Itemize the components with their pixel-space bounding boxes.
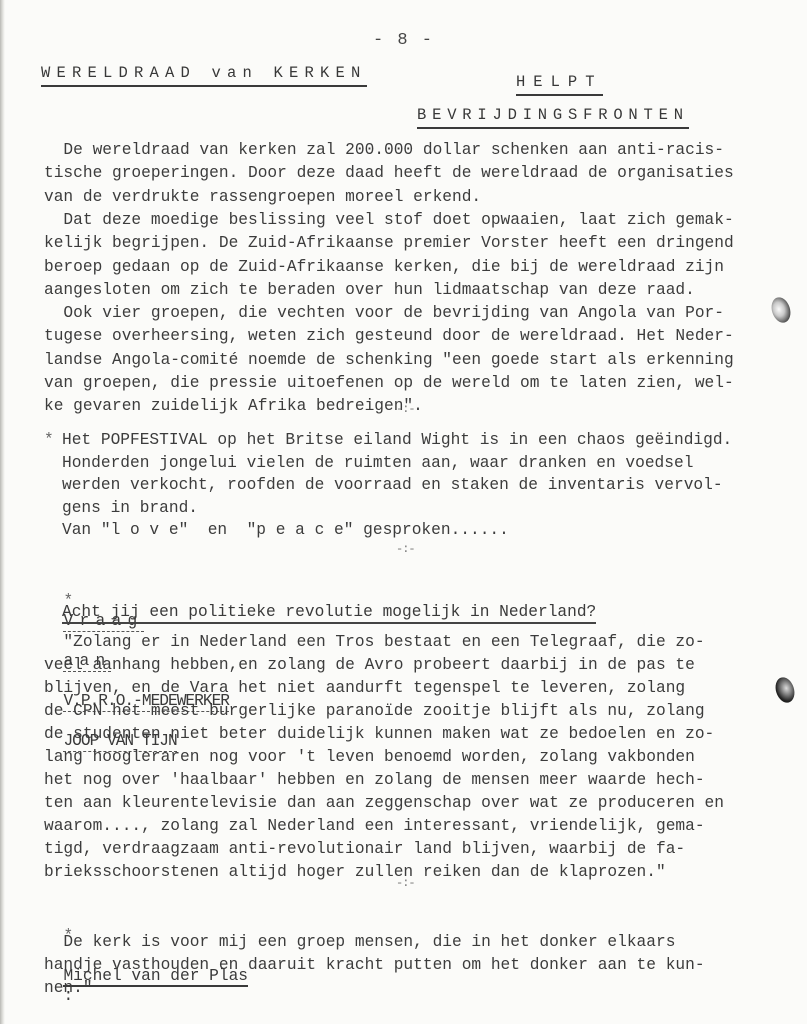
text-line: waarom...., zolang zal Nederland een int… bbox=[44, 816, 705, 836]
text-line: kelijk begrijpen. De Zuid-Afrikaanse pre… bbox=[44, 233, 734, 253]
headline-left: WERELDRAAD van KERKEN bbox=[41, 64, 367, 87]
punch-hole bbox=[768, 295, 793, 325]
text-line: landse Angola-comité noemde de schenking… bbox=[44, 350, 734, 370]
text-line: De wereldraad van kerken zal 200.000 dol… bbox=[44, 140, 724, 160]
scan-edge bbox=[0, 0, 5, 1024]
interview-question: Acht jij een politieke revolutie mogelij… bbox=[62, 602, 596, 624]
text-line: tische groeperingen. Door deze daad heef… bbox=[44, 163, 734, 183]
section-separator: -:- bbox=[396, 876, 415, 890]
text-line: aangesloten om zich te beraden over hun … bbox=[44, 280, 695, 300]
text-line: werden verkocht, roofden de voorraad en … bbox=[62, 475, 723, 495]
text-line: handje vasthouden en daaruit kracht putt… bbox=[44, 955, 705, 975]
text-line: blijven, en de Vara het niet aandurft te… bbox=[44, 678, 685, 698]
text-line: Honderden jongelui vielen de ruimten aan… bbox=[62, 453, 693, 473]
section-separator: -:- bbox=[396, 402, 415, 416]
bullet-star: * bbox=[44, 430, 54, 450]
text-line: De kerk is voor mij een groep mensen, di… bbox=[44, 932, 675, 952]
page-number: - 8 - bbox=[373, 31, 434, 50]
text-line: beroep gedaan op de Zuid-Afrikaanse kerk… bbox=[44, 257, 724, 277]
text-line: brieksschoorstenen altijd hoger zullen r… bbox=[44, 862, 666, 882]
text-line: ten aan kleurentelevisie dan aan zeggens… bbox=[44, 793, 724, 813]
text-line: nen." bbox=[44, 978, 93, 998]
text-line: Van "l o v e" en "p e a c e" gesproken..… bbox=[62, 520, 509, 540]
text-line: Het POPFESTIVAL op het Britse eiland Wig… bbox=[62, 430, 732, 450]
text-line: het nog over 'haalbaar' hebben en zolang… bbox=[44, 770, 705, 790]
text-line: veel aanhang hebben,en zolang de Avro pr… bbox=[44, 655, 695, 675]
section-separator: -:- bbox=[396, 542, 415, 556]
headline-right-2: BEVRIJDINGSFRONTEN bbox=[417, 106, 689, 129]
punch-hole bbox=[772, 675, 797, 705]
text-line: de CPN het meest burgerlijke paranoïde z… bbox=[44, 701, 705, 721]
text-line: de studenten niet beter duidelijk kunnen… bbox=[44, 724, 714, 744]
text-line: tigd, verdraagzaam anti-revolutionair la… bbox=[44, 839, 685, 859]
text-line: Ook vier groepen, die vechten voor de be… bbox=[44, 303, 724, 323]
text-line: "Zolang er in Nederland een Tros bestaat… bbox=[44, 632, 705, 652]
text-line: gens in brand. bbox=[62, 498, 198, 518]
headline-right-1: HELPT bbox=[516, 73, 603, 96]
text-line: Dat deze moedige beslissing veel stof do… bbox=[44, 210, 734, 230]
text-line: tugese overheersing, weten zich gesteund… bbox=[44, 326, 734, 346]
text-line: ke gevaren zuidelijk Afrika bedreigen". bbox=[44, 396, 423, 416]
text-line: lang hoogleraren nog voor 't leven benoe… bbox=[44, 747, 695, 767]
text-line: van groepen, die pressie uitoefenen op d… bbox=[44, 373, 734, 393]
text-line: van de verdrukte rassengroepen moreel er… bbox=[44, 187, 481, 207]
